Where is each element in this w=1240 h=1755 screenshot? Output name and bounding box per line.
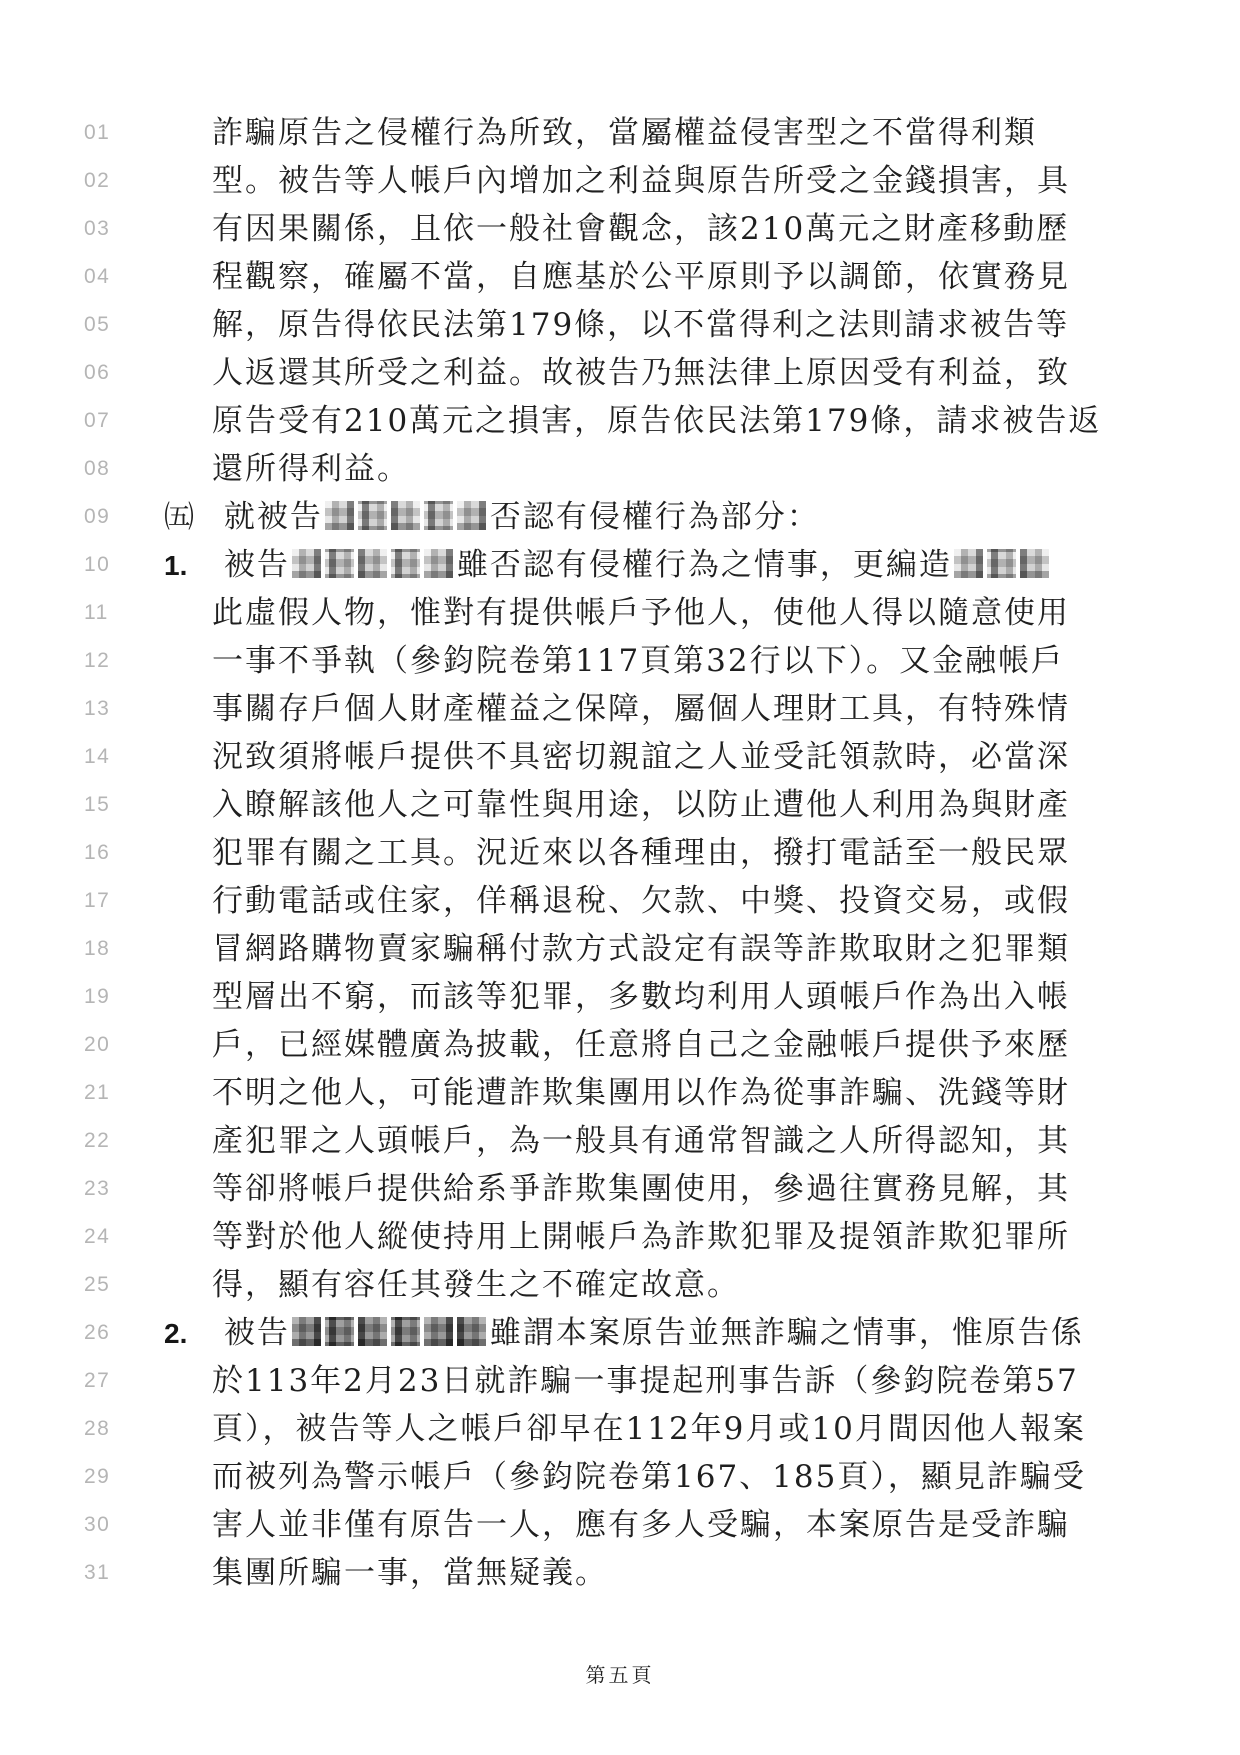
text-line: 07 原告受有210萬元之損害，原告依民法第179條，請求被告返 — [0, 397, 1240, 445]
text-line: 16 犯罪有關之工具。況近來以各種理由，撥打電話至一般民眾 — [0, 829, 1240, 877]
mosaic-pixel-block — [292, 1317, 321, 1346]
text-segment: 冒網路購物賣家騙稱付款方式設定有誤等詐欺取財之犯罪類 — [212, 931, 1070, 967]
line-number: 27 — [84, 1357, 110, 1405]
line-text: 而被列為警示帳戶（參鈞院卷第167、185頁），顯見詐騙受 — [212, 1459, 1086, 1495]
text-segment: 此虛假人物，惟對有提供帳戶予他人，使他人得以隨意使用 — [212, 595, 1070, 631]
line-number: 18 — [84, 925, 110, 973]
text-segment: 得，顯有容任其發生之不確定故意。 — [212, 1267, 740, 1303]
text-line: 11 此虛假人物，惟對有提供帳戶予他人，使他人得以隨意使用 — [0, 589, 1240, 637]
line-number: 16 — [84, 829, 110, 877]
redacted-name — [954, 549, 1049, 578]
line-number: 21 — [84, 1069, 110, 1117]
text-segment: 還所得利益。 — [212, 451, 410, 487]
line-text: 頁），被告等人之帳戶卻早在112年9月或10月間因他人報案 — [212, 1411, 1086, 1447]
line-number: 03 — [84, 205, 110, 253]
text-segment: 一事不爭執（參鈞院卷第117頁第32行以下）。又金融帳戶 — [212, 643, 1064, 679]
text-line: 17 行動電話或住家，佯稱退稅、欠款、中獎、投資交易，或假 — [0, 877, 1240, 925]
line-number: 19 — [84, 973, 110, 1021]
text-segment: 於113年2月23日就詐騙一事提起刑事告訴（參鈞院卷第57 — [212, 1363, 1079, 1399]
line-number: 28 — [84, 1405, 110, 1453]
text-line: 04 程觀察，確屬不當，自應基於公平原則予以調節，依實務見 — [0, 253, 1240, 301]
page-number-label: 第五頁 — [586, 1663, 655, 1687]
line-text: 被告雖否認有侵權行為之情事，更編造 — [224, 547, 1053, 583]
text-segment: 就被告 — [224, 499, 323, 535]
line-text: 程觀察，確屬不當，自應基於公平原則予以調節，依實務見 — [212, 259, 1070, 295]
line-number: 08 — [84, 445, 110, 493]
line-text: 況致須將帳戶提供不具密切親誼之人並受託領款時，必當深 — [212, 739, 1070, 775]
line-text: 原告受有210萬元之損害，原告依民法第179條，請求被告返 — [212, 403, 1101, 439]
text-segment: 雖否認有侵權行為之情事，更編造 — [457, 547, 952, 583]
item-marker: 2. — [164, 1310, 212, 1358]
text-segment: 產犯罪之人頭帳戶，為一般具有通常智識之人所得認知，其 — [212, 1123, 1070, 1159]
redacted-name — [292, 549, 453, 578]
line-text: 一事不爭執（參鈞院卷第117頁第32行以下）。又金融帳戶 — [212, 643, 1064, 679]
text-segment: 被告 — [224, 1315, 290, 1351]
document-body: 01 詐騙原告之侵權行為所致，當屬權益侵害型之不當得利類 02 型。被告等人帳戶… — [0, 109, 1240, 1597]
text-segment: 人返還其所受之利益。故被告乃無法律上原因受有利益，致 — [212, 355, 1070, 391]
line-number: 24 — [84, 1213, 110, 1261]
text-segment: 否認有侵權行為部分： — [490, 499, 820, 535]
redacted-name — [325, 501, 486, 530]
mosaic-pixel-block — [391, 501, 420, 530]
mosaic-pixel-block — [1020, 549, 1049, 578]
line-number: 22 — [84, 1117, 110, 1165]
text-line: 31 集團所騙一事，當無疑義。 — [0, 1549, 1240, 1597]
mosaic-pixel-block — [424, 1317, 453, 1346]
text-line: 30 害人並非僅有原告一人，應有多人受騙，本案原告是受詐騙 — [0, 1501, 1240, 1549]
text-segment: 型層出不窮，而該等犯罪，多數均利用人頭帳戶作為出入帳 — [212, 979, 1070, 1015]
line-text: 型。被告等人帳戶內增加之利益與原告所受之金錢損害，具 — [212, 163, 1070, 199]
line-number: 10 — [84, 541, 110, 589]
line-text: 集團所騙一事，當無疑義。 — [212, 1555, 608, 1591]
text-line: 03 有因果關係，且依一般社會觀念，該210萬元之財產移動歷 — [0, 205, 1240, 253]
text-line: 13 事關存戶個人財產權益之保障，屬個人理財工具，有特殊情 — [0, 685, 1240, 733]
line-number: 25 — [84, 1261, 110, 1309]
line-number: 11 — [84, 589, 109, 637]
mosaic-pixel-block — [358, 549, 387, 578]
text-segment: 犯罪有關之工具。況近來以各種理由，撥打電話至一般民眾 — [212, 835, 1070, 871]
text-line: 28 頁），被告等人之帳戶卻早在112年9月或10月間因他人報案 — [0, 1405, 1240, 1453]
line-text: 害人並非僅有原告一人，應有多人受騙，本案原告是受詐騙 — [212, 1507, 1070, 1543]
line-number: 05 — [84, 301, 110, 349]
line-text: 還所得利益。 — [212, 451, 410, 487]
line-text: 得，顯有容任其發生之不確定故意。 — [212, 1267, 740, 1303]
page-footer: 第五頁 — [0, 1660, 1240, 1690]
text-segment: 解，原告得依民法第179條，以不當得利之法則請求被告等 — [212, 307, 1069, 343]
text-line: 22 產犯罪之人頭帳戶，為一般具有通常智識之人所得認知，其 — [0, 1117, 1240, 1165]
text-segment: 雖謂本案原告並無詐騙之情事，惟原告係 — [490, 1315, 1084, 1351]
text-segment: 原告受有210萬元之損害，原告依民法第179條，請求被告返 — [212, 403, 1101, 439]
text-line: 29 而被列為警示帳戶（參鈞院卷第167、185頁），顯見詐騙受 — [0, 1453, 1240, 1501]
line-number: 30 — [84, 1501, 110, 1549]
line-text: 入瞭解該他人之可靠性與用途，以防止遭他人利用為與財產 — [212, 787, 1070, 823]
line-number: 01 — [84, 109, 110, 157]
line-text: 不明之他人，可能遭詐欺集團用以作為從事詐騙、洗錢等財 — [212, 1075, 1070, 1111]
line-text: 就被告否認有侵權行為部分： — [224, 499, 820, 535]
text-segment: 詐騙原告之侵權行為所致，當屬權益侵害型之不當得利類 — [212, 115, 1037, 151]
mosaic-pixel-block — [325, 549, 354, 578]
text-line: 08 還所得利益。 — [0, 445, 1240, 493]
line-number: 26 — [84, 1309, 110, 1357]
text-segment: 況致須將帳戶提供不具密切親誼之人並受託領款時，必當深 — [212, 739, 1070, 775]
text-segment: 等對於他人縱使持用上開帳戶為詐欺犯罪及提領詐欺犯罪所 — [212, 1219, 1070, 1255]
line-number: 20 — [84, 1021, 110, 1069]
text-segment: 戶，已經媒體廣為披載，任意將自己之金融帳戶提供予來歷 — [212, 1027, 1070, 1063]
redacted-name — [292, 1317, 486, 1346]
text-line: 06 人返還其所受之利益。故被告乃無法律上原因受有利益，致 — [0, 349, 1240, 397]
text-segment: 而被列為警示帳戶（參鈞院卷第167、185頁），顯見詐騙受 — [212, 1459, 1086, 1495]
text-line: 25 得，顯有容任其發生之不確定故意。 — [0, 1261, 1240, 1309]
text-line: 27 於113年2月23日就詐騙一事提起刑事告訴（參鈞院卷第57 — [0, 1357, 1240, 1405]
line-text: 犯罪有關之工具。況近來以各種理由，撥打電話至一般民眾 — [212, 835, 1070, 871]
text-line: 20 戶，已經媒體廣為披載，任意將自己之金融帳戶提供予來歷 — [0, 1021, 1240, 1069]
line-text: 此虛假人物，惟對有提供帳戶予他人，使他人得以隨意使用 — [212, 595, 1070, 631]
line-number: 06 — [84, 349, 110, 397]
line-number: 29 — [84, 1453, 110, 1501]
line-number: 17 — [84, 877, 110, 925]
text-segment: 被告 — [224, 547, 290, 583]
mosaic-pixel-block — [391, 549, 420, 578]
text-line: 14 況致須將帳戶提供不具密切親誼之人並受託領款時，必當深 — [0, 733, 1240, 781]
mosaic-pixel-block — [457, 501, 486, 530]
mosaic-pixel-block — [424, 549, 453, 578]
text-line: 18 冒網路購物賣家騙稱付款方式設定有誤等詐欺取財之犯罪類 — [0, 925, 1240, 973]
text-line: 21 不明之他人，可能遭詐欺集團用以作為從事詐騙、洗錢等財 — [0, 1069, 1240, 1117]
line-text: 解，原告得依民法第179條，以不當得利之法則請求被告等 — [212, 307, 1069, 343]
text-segment: 行動電話或住家，佯稱退稅、欠款、中獎、投資交易，或假 — [212, 883, 1070, 919]
text-segment: 程觀察，確屬不當，自應基於公平原則予以調節，依實務見 — [212, 259, 1070, 295]
line-text: 詐騙原告之侵權行為所致，當屬權益侵害型之不當得利類 — [212, 115, 1037, 151]
text-line: 02 型。被告等人帳戶內增加之利益與原告所受之金錢損害，具 — [0, 157, 1240, 205]
text-segment: 頁），被告等人之帳戶卻早在112年9月或10月間因他人報案 — [212, 1411, 1086, 1447]
line-text: 被告雖謂本案原告並無詐騙之情事，惟原告係 — [224, 1315, 1084, 1351]
text-segment: 等卻將帳戶提供給系爭詐欺集團使用，參過往實務見解，其 — [212, 1171, 1070, 1207]
mosaic-pixel-block — [325, 1317, 354, 1346]
line-text: 等卻將帳戶提供給系爭詐欺集團使用，參過往實務見解，其 — [212, 1171, 1070, 1207]
line-number: 31 — [84, 1549, 110, 1597]
text-segment: 不明之他人，可能遭詐欺集團用以作為從事詐騙、洗錢等財 — [212, 1075, 1070, 1111]
mosaic-pixel-block — [987, 549, 1016, 578]
text-line: 24 等對於他人縱使持用上開帳戶為詐欺犯罪及提領詐欺犯罪所 — [0, 1213, 1240, 1261]
line-text: 冒網路購物賣家騙稱付款方式設定有誤等詐欺取財之犯罪類 — [212, 931, 1070, 967]
text-segment: 入瞭解該他人之可靠性與用途，以防止遭他人利用為與財產 — [212, 787, 1070, 823]
mosaic-pixel-block — [358, 1317, 387, 1346]
line-number: 02 — [84, 157, 110, 205]
line-text: 人返還其所受之利益。故被告乃無法律上原因受有利益，致 — [212, 355, 1070, 391]
mosaic-pixel-block — [391, 1317, 420, 1346]
line-number: 14 — [84, 733, 110, 781]
line-number: 13 — [84, 685, 110, 733]
line-text: 等對於他人縱使持用上開帳戶為詐欺犯罪及提領詐欺犯罪所 — [212, 1219, 1070, 1255]
line-number: 12 — [84, 637, 110, 685]
line-text: 有因果關係，且依一般社會觀念，該210萬元之財產移動歷 — [212, 211, 1069, 247]
text-line: 12 一事不爭執（參鈞院卷第117頁第32行以下）。又金融帳戶 — [0, 637, 1240, 685]
text-line: 10 1. 被告雖否認有侵權行為之情事，更編造 — [0, 541, 1240, 589]
text-segment: 型。被告等人帳戶內增加之利益與原告所受之金錢損害，具 — [212, 163, 1070, 199]
line-number: 09 — [84, 493, 110, 541]
text-segment: 集團所騙一事，當無疑義。 — [212, 1555, 608, 1591]
document-page: 01 詐騙原告之侵權行為所致，當屬權益侵害型之不當得利類 02 型。被告等人帳戶… — [0, 0, 1240, 1755]
text-line: 05 解，原告得依民法第179條，以不當得利之法則請求被告等 — [0, 301, 1240, 349]
text-line: 26 2. 被告雖謂本案原告並無詐騙之情事，惟原告係 — [0, 1309, 1240, 1357]
text-line: 01 詐騙原告之侵權行為所致，當屬權益侵害型之不當得利類 — [0, 109, 1240, 157]
line-text: 型層出不窮，而該等犯罪，多數均利用人頭帳戶作為出入帳 — [212, 979, 1070, 1015]
text-segment: 有因果關係，且依一般社會觀念，該210萬元之財產移動歷 — [212, 211, 1069, 247]
text-line: 23 等卻將帳戶提供給系爭詐欺集團使用，參過往實務見解，其 — [0, 1165, 1240, 1213]
mosaic-pixel-block — [325, 501, 354, 530]
item-marker: 1. — [164, 542, 212, 590]
text-segment: 事關存戶個人財產權益之保障，屬個人理財工具，有特殊情 — [212, 691, 1070, 727]
text-line: 19 型層出不窮，而該等犯罪，多數均利用人頭帳戶作為出入帳 — [0, 973, 1240, 1021]
mosaic-pixel-block — [424, 501, 453, 530]
line-text: 於113年2月23日就詐騙一事提起刑事告訴（參鈞院卷第57 — [212, 1363, 1079, 1399]
mosaic-pixel-block — [292, 549, 321, 578]
text-line: 09 ㈤ 就被告否認有侵權行為部分： — [0, 493, 1240, 541]
mosaic-pixel-block — [954, 549, 983, 578]
line-number: 15 — [84, 781, 110, 829]
text-segment: 害人並非僅有原告一人，應有多人受騙，本案原告是受詐騙 — [212, 1507, 1070, 1543]
text-line: 15 入瞭解該他人之可靠性與用途，以防止遭他人利用為與財產 — [0, 781, 1240, 829]
item-marker: ㈤ — [164, 494, 212, 542]
line-text: 產犯罪之人頭帳戶，為一般具有通常智識之人所得認知，其 — [212, 1123, 1070, 1159]
line-number: 04 — [84, 253, 110, 301]
line-number: 23 — [84, 1165, 110, 1213]
line-text: 戶，已經媒體廣為披載，任意將自己之金融帳戶提供予來歷 — [212, 1027, 1070, 1063]
mosaic-pixel-block — [358, 501, 387, 530]
line-text: 行動電話或住家，佯稱退稅、欠款、中獎、投資交易，或假 — [212, 883, 1070, 919]
mosaic-pixel-block — [457, 1317, 486, 1346]
line-text: 事關存戶個人財產權益之保障，屬個人理財工具，有特殊情 — [212, 691, 1070, 727]
line-number: 07 — [84, 397, 110, 445]
